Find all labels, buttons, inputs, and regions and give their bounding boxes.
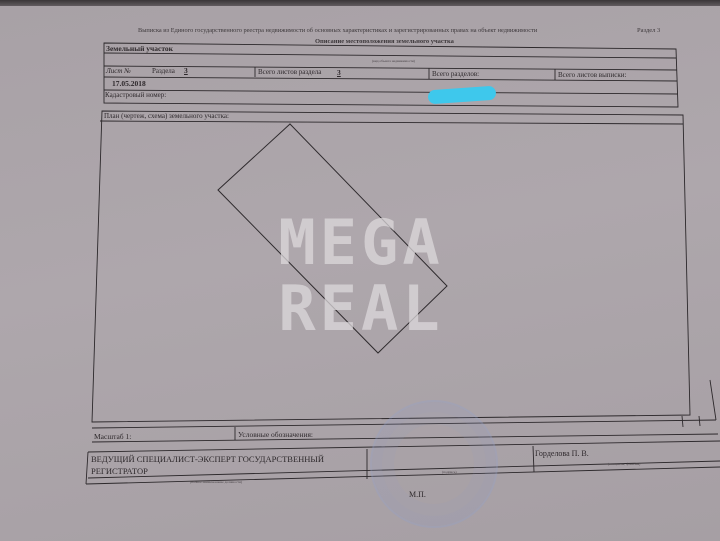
name-caption: (инициалы, фамилия) <box>608 463 640 467</box>
object-type-caption: (вид объекта недвижимости) <box>372 60 415 64</box>
document-date: 17.05.2018 <box>112 80 146 88</box>
official-title-line1: ВЕДУЩИЙ СПЕЦИАЛИСТ-ЭКСПЕРТ ГОСУДАРСТВЕНН… <box>91 455 324 464</box>
sheet-label: Лист № <box>106 68 131 75</box>
svg-text:REAL: REAL <box>278 272 443 332</box>
total-sheets-section-label: Всего листов раздела <box>258 69 321 76</box>
section-number: 3 <box>184 67 188 75</box>
official-seal <box>370 400 498 528</box>
official-name: Горделова П. В. <box>535 450 589 458</box>
legend-label: Условные обозначения: <box>238 431 313 439</box>
plan-label: План (чертеж, схема) земельного участка: <box>104 113 229 120</box>
total-sheets-extract-label: Всего листов выписки: <box>558 72 626 79</box>
object-type: Земельный участок <box>106 45 173 53</box>
document-subtitle: Описание местоположения земельного участ… <box>315 39 454 46</box>
position-caption: (полное наименование должности) <box>190 481 242 485</box>
total-sections-label: Всего разделов: <box>432 71 479 78</box>
section-of-label: Раздела <box>152 68 175 75</box>
official-title-line2: РЕГИСТРАТОР <box>91 467 148 476</box>
watermark-logo: MEGA REAL <box>232 208 490 332</box>
total-sheets-section-value: 3 <box>337 69 341 77</box>
cadastral-label: Кадастровый номер: <box>105 92 166 99</box>
svg-text:MEGA: MEGA <box>278 208 443 279</box>
section-label: Раздел 3 <box>637 28 660 35</box>
scale-label: Масштаб 1: <box>94 433 131 441</box>
header-title: Выписка из Единого государственного реес… <box>138 28 537 34</box>
signature-caption: (подпись) <box>442 471 457 475</box>
seal-label: М.П. <box>409 491 426 499</box>
